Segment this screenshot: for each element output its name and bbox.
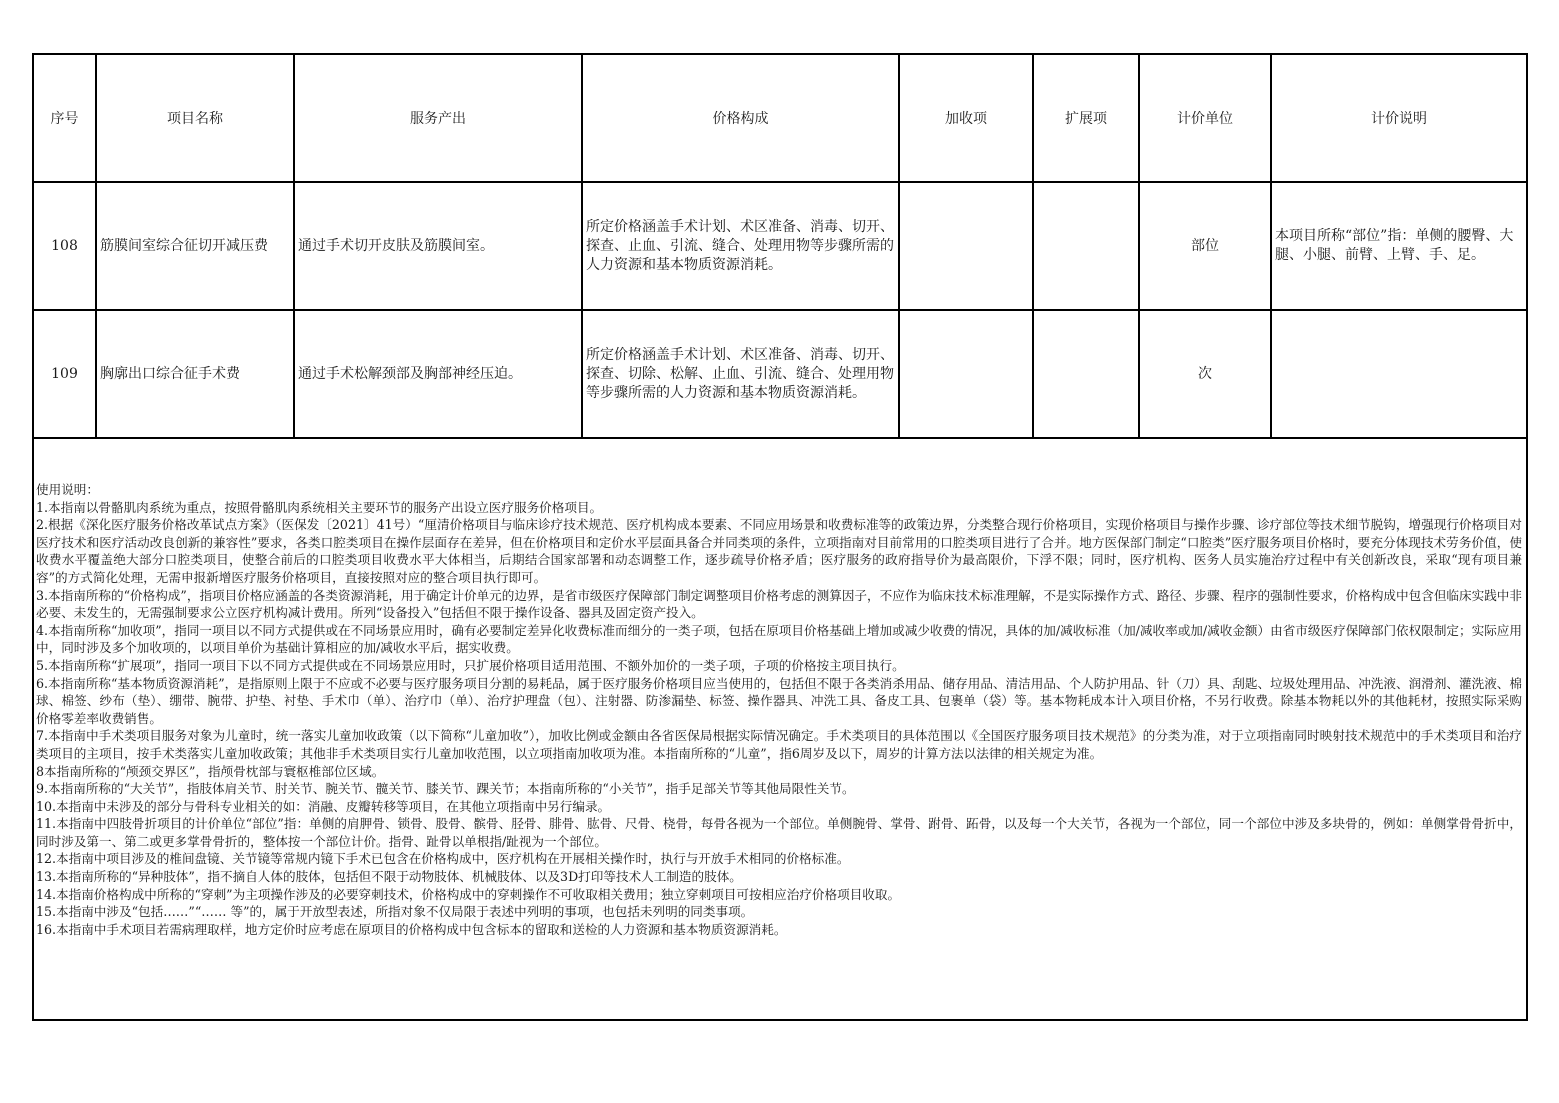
cell-price-composition: 所定价格涵盖手术计划、术区准备、消毒、切开、探查、切除、松解、止血、引流、缝合、…	[582, 310, 899, 438]
cell-extension	[1033, 182, 1139, 310]
cell-no: 109	[33, 310, 96, 438]
cell-price-composition: 所定价格涵盖手术计划、术区准备、消毒、切开、探查、止血、引流、缝合、处理用物等步…	[582, 182, 899, 310]
header-unit: 计价单位	[1139, 54, 1271, 182]
table-header-row: 序号 项目名称 服务产出 价格构成 加收项 扩展项 计价单位 计价说明	[33, 54, 1527, 182]
cell-unit: 部位	[1139, 182, 1271, 310]
table-row: 108 筋膜间室综合征切开减压费 通过手术切开皮肤及筋膜间室。 所定价格涵盖手术…	[33, 182, 1527, 310]
cell-pricing-note	[1271, 310, 1527, 438]
header-extension: 扩展项	[1033, 54, 1139, 182]
header-price-composition: 价格构成	[582, 54, 899, 182]
usage-note: 7.本指南中手术类项目服务对象为儿童时，统一落实儿童加收政策（以下简称“儿童加收…	[36, 727, 1526, 762]
usage-note: 13.本指南所称的“异种肢体”，指不摘自人体的肢体，包括但不限于动物肢体、机械肢…	[36, 868, 1526, 886]
cell-surcharge	[899, 182, 1033, 310]
cell-extension	[1033, 310, 1139, 438]
header-service-output: 服务产出	[294, 54, 582, 182]
usage-note: 3.本指南所称的“价格构成”，指项目价格应涵盖的各类资源消耗，用于确定计价单元的…	[36, 587, 1526, 622]
usage-note: 4.本指南所称“加收项”，指同一项目以不同方式提供或在不同场景应用时，确有必要制…	[36, 622, 1526, 657]
cell-unit: 次	[1139, 310, 1271, 438]
usage-note: 2.根据《深化医疗服务价格改革试点方案》（医保发〔2021〕41号）“厘清价格项…	[36, 516, 1526, 586]
usage-note: 16.本指南中手术项目若需病理取样，地方定价时应考虑在原项目的价格构成中包含标本…	[36, 921, 1526, 939]
usage-notes: 使用说明： 1.本指南以骨骼肌肉系统为重点，按照骨骼肌肉系统相关主要环节的服务产…	[32, 439, 1528, 1021]
cell-surcharge	[899, 310, 1033, 438]
header-item-name: 项目名称	[96, 54, 294, 182]
cell-item-name: 筋膜间室综合征切开减压费	[96, 182, 294, 310]
usage-note: 11.本指南中四肢骨折项目的计价单位“部位”指：单侧的肩胛骨、锁骨、股骨、髌骨、…	[36, 815, 1526, 850]
header-no: 序号	[33, 54, 96, 182]
usage-note: 12.本指南中项目涉及的椎间盘镜、关节镜等常规内镜下手术已包含在价格构成中，医疗…	[36, 850, 1526, 868]
usage-note: 1.本指南以骨骼肌肉系统为重点，按照骨骼肌肉系统相关主要环节的服务产出设立医疗服…	[36, 499, 1526, 517]
usage-note: 10.本指南中未涉及的部分与骨科专业相关的如：消融、皮瓣转移等项目，在其他立项指…	[36, 798, 1526, 816]
cell-service-output: 通过手术松解颈部及胸部神经压迫。	[294, 310, 582, 438]
usage-note: 14.本指南价格构成中所称的“穿刺”为主项操作涉及的必要穿刺技术，价格构成中的穿…	[36, 886, 1526, 904]
usage-notes-title: 使用说明：	[36, 481, 1526, 499]
usage-note: 5.本指南所称“扩展项”，指同一项目下以不同方式提供或在不同场景应用时，只扩展价…	[36, 657, 1526, 675]
table-row: 109 胸廓出口综合征手术费 通过手术松解颈部及胸部神经压迫。 所定价格涵盖手术…	[33, 310, 1527, 438]
usage-note: 8本指南所称的“颅颈交界区”，指颅骨枕部与寰枢椎部位区域。	[36, 763, 1526, 781]
cell-pricing-note: 本项目所称“部位”指：单侧的腰臀、大腿、小腿、前臂、上臂、手、足。	[1271, 182, 1527, 310]
usage-note: 6.本指南所称“基本物质资源消耗”，是指原则上限于不应或不必要与医疗服务项目分割…	[36, 675, 1526, 728]
usage-note: 15.本指南中涉及“包括……”“…… 等”的，属于开放型表述，所指对象不仅局限于…	[36, 903, 1526, 921]
cell-item-name: 胸廓出口综合征手术费	[96, 310, 294, 438]
cell-service-output: 通过手术切开皮肤及筋膜间室。	[294, 182, 582, 310]
header-surcharge: 加收项	[899, 54, 1033, 182]
usage-note: 9.本指南所称的“大关节”，指肢体肩关节、肘关节、腕关节、髋关节、膝关节、踝关节…	[36, 780, 1526, 798]
price-guide-sheet: 序号 项目名称 服务产出 价格构成 加收项 扩展项 计价单位 计价说明 108 …	[32, 53, 1526, 1021]
cell-no: 108	[33, 182, 96, 310]
price-item-table: 序号 项目名称 服务产出 价格构成 加收项 扩展项 计价单位 计价说明 108 …	[32, 53, 1528, 439]
header-pricing-note: 计价说明	[1271, 54, 1527, 182]
